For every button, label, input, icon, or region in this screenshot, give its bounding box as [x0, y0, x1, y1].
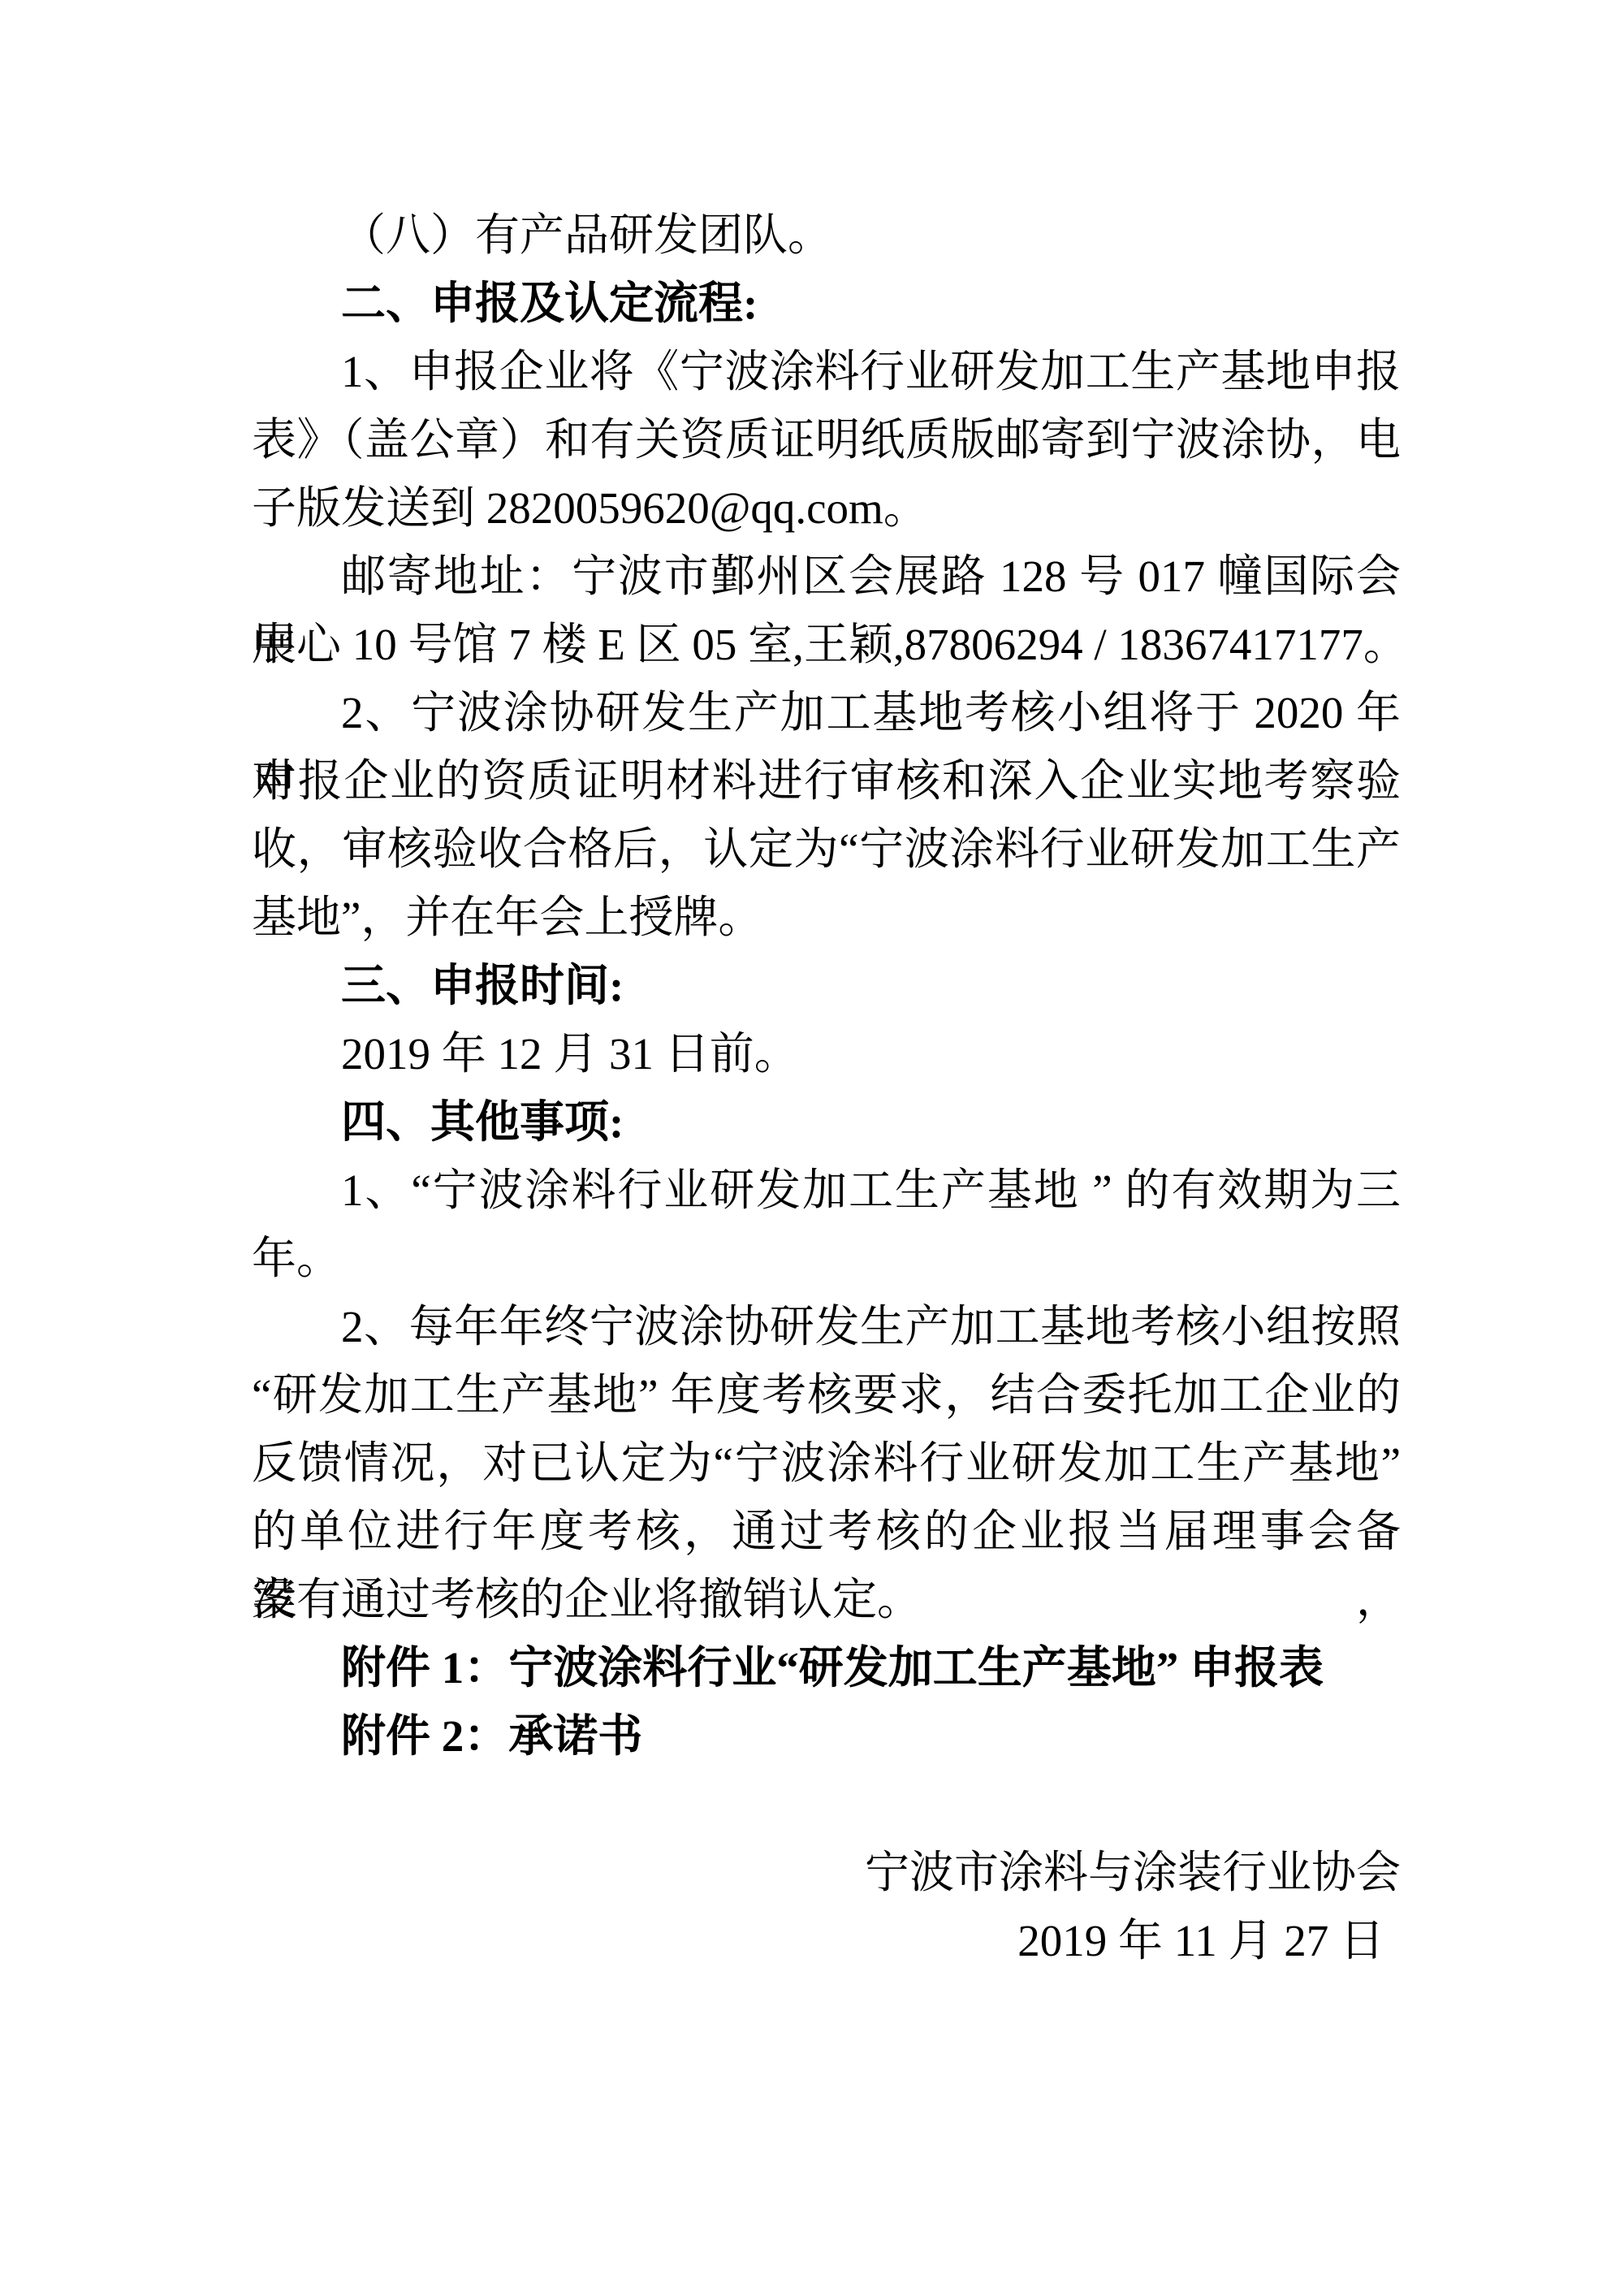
body-line: 收，审核验收合格后，认定为“宁波涂料行业研发加工生产: [252, 815, 1401, 884]
body-line: 表》（盖公章）和有关资质证明纸质版邮寄到宁波涂协，电: [252, 406, 1401, 474]
body-line: 反馈情况，对已认定为“宁波涂料行业研发加工生产基地”: [252, 1429, 1401, 1498]
body-line-contact: 中心 10 号馆 7 楼 E 区 05 室,王颖,87806294 / 1836…: [252, 611, 1401, 679]
body-line: 申报企业的资质证明材料进行审核和深入企业实地考察验: [252, 747, 1401, 815]
body-line-email: 子版发送到 2820059620@qq.com。: [252, 474, 1401, 543]
heading-section-4: 四、其他事项:: [252, 1088, 1401, 1157]
signature-date: 2019 年 11 月 27 日: [252, 1907, 1401, 1975]
heading-section-3: 三、申报时间:: [252, 952, 1401, 1020]
document-text-block: （八）有产品研发团队。 二、申报及认定流程: 1、申报企业将《宁波涂料行业研发加…: [252, 201, 1401, 1975]
body-line: “研发加工生产基地” 年度考核要求，结合委托加工企业的: [252, 1361, 1401, 1429]
body-line: 1、“宁波涂料行业研发加工生产基地 ” 的有效期为三: [252, 1157, 1401, 1225]
body-line: 2、宁波涂协研发生产加工基地考核小组将于 2020 年对: [252, 679, 1401, 747]
body-line: 的单位进行年度考核，通过考核的企业报当届理事会备案，: [252, 1498, 1401, 1566]
body-line: 年。: [252, 1225, 1401, 1293]
body-line-deadline: 2019 年 12 月 31 日前。: [252, 1020, 1401, 1088]
document-page: （八）有产品研发团队。 二、申报及认定流程: 1、申报企业将《宁波涂料行业研发加…: [0, 0, 1624, 2296]
body-line: 1、申报企业将《宁波涂料行业研发加工生产基地申报: [252, 338, 1401, 406]
body-line-item-8: （八）有产品研发团队。: [252, 201, 1401, 270]
body-line: 基地”，并在年会上授牌。: [252, 884, 1401, 952]
body-line: 2、每年年终宁波涂协研发生产加工基地考核小组按照: [252, 1293, 1401, 1361]
body-line-mail-address: 邮寄地址：宁波市鄞州区会展路 128 号 017 幢国际会展: [252, 543, 1401, 611]
signature-org: 宁波市涂料与涂装行业协会: [252, 1839, 1401, 1907]
attachment-line-2: 附件 2：承诺书: [252, 1702, 1401, 1771]
heading-section-2: 二、申报及认定流程:: [252, 270, 1401, 338]
attachment-line-1: 附件 1：宁波涂料行业“研发加工生产基地” 申报表: [252, 1634, 1401, 1702]
